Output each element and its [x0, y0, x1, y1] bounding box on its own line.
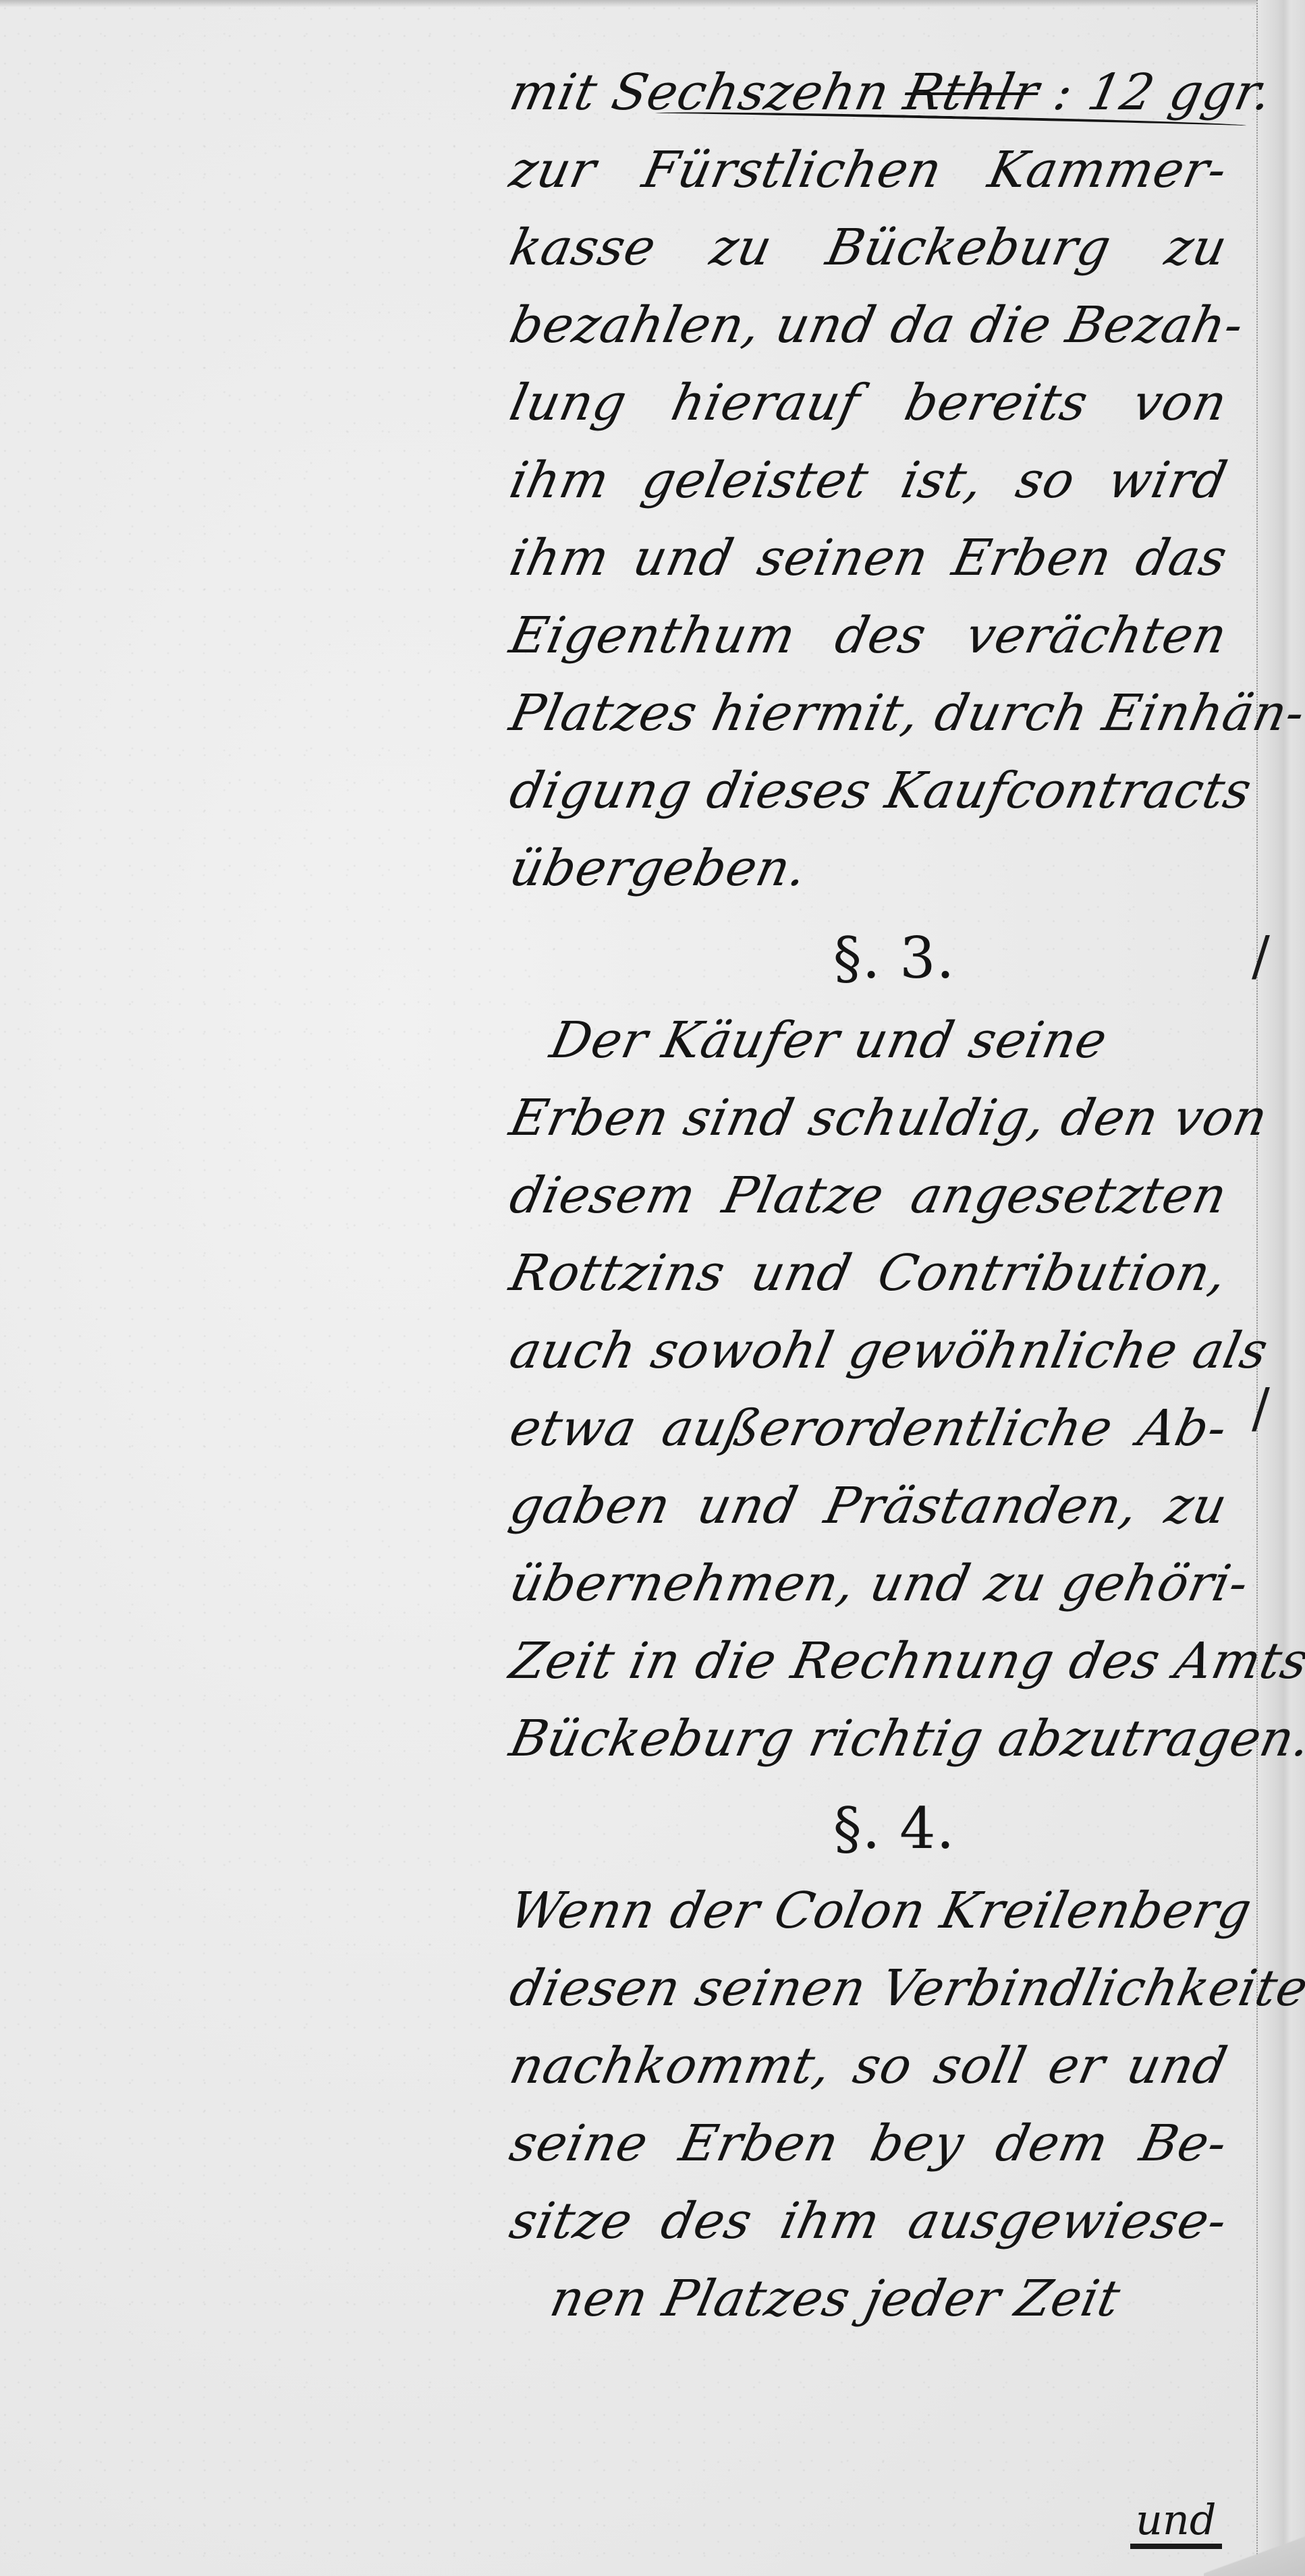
margin-stroke-mark: / [1252, 1376, 1270, 1439]
text-line: sitze des ihm ausgewiese- [503, 2183, 1275, 2260]
text-line: nachkommt, so soll er und [503, 2027, 1275, 2105]
text-line: Der Käufer und seine [503, 1002, 1275, 1080]
catchword: und [1130, 2496, 1222, 2549]
text-line-1: mit Sechszehn Rthlr : 12 ggr. [503, 54, 1275, 132]
line-1-pre: mit [505, 63, 619, 121]
text-line: nen Platzes jeder Zeit [503, 2260, 1275, 2338]
line-1-post: : 12 ggr. [1049, 63, 1277, 121]
text-line: Platzes hiermit, durch Einhän- [503, 675, 1275, 752]
text-line: seine Erben bey dem Be- [503, 2105, 1275, 2183]
section-4-heading: §. 4. [503, 1778, 1258, 1872]
handwritten-text-block: mit Sechszehn Rthlr : 12 ggr. zur Fürstl… [503, 54, 1258, 2338]
text-line: ihm geleistet ist, so wird [503, 442, 1275, 520]
section-3-heading: §. 3. [503, 907, 1258, 1002]
text-line: ihm und seinen Erben das [503, 520, 1275, 597]
text-line: Bückeburg richtig abzutragen. [503, 1700, 1275, 1778]
text-line: gaben und Prästanden, zu [503, 1467, 1275, 1545]
text-line: Erben sind schuldig, den von [503, 1080, 1275, 1157]
text-line: diesem Platze angesetzten [503, 1157, 1275, 1235]
manuscript-page: mit Sechszehn Rthlr : 12 ggr. zur Fürstl… [0, 0, 1305, 2576]
line-1-struck-word: Rthlr [899, 63, 1044, 121]
text-line: digung dieses Kaufcontracts [503, 752, 1275, 830]
text-line: übergeben. [503, 830, 1275, 907]
page-top-edge [0, 0, 1305, 7]
text-line: lung hierauf bereits von [503, 364, 1275, 442]
text-line: Zeit in die Rechnung des Amts [503, 1623, 1275, 1700]
text-line: zur Fürstlichen Kammer- [503, 132, 1275, 209]
text-line: übernehmen, und zu gehöri- [503, 1545, 1275, 1623]
text-line: etwa außerordentliche Ab- [503, 1390, 1275, 1467]
text-line: auch sowohl gewöhnliche als [503, 1312, 1275, 1390]
margin-stroke-mark: / [1252, 924, 1270, 987]
text-line: Eigenthum des verächten [503, 597, 1275, 675]
text-line: Wenn der Colon Kreilenberg [503, 1872, 1275, 1950]
text-line: diesen seinen Verbindlichkeiten [503, 1950, 1275, 2027]
text-line: bezahlen, und da die Bezah- [503, 287, 1275, 364]
text-line: Rottzins und Contribution, [503, 1235, 1275, 1312]
text-line: kasse zu Bückeburg zu [503, 209, 1275, 287]
